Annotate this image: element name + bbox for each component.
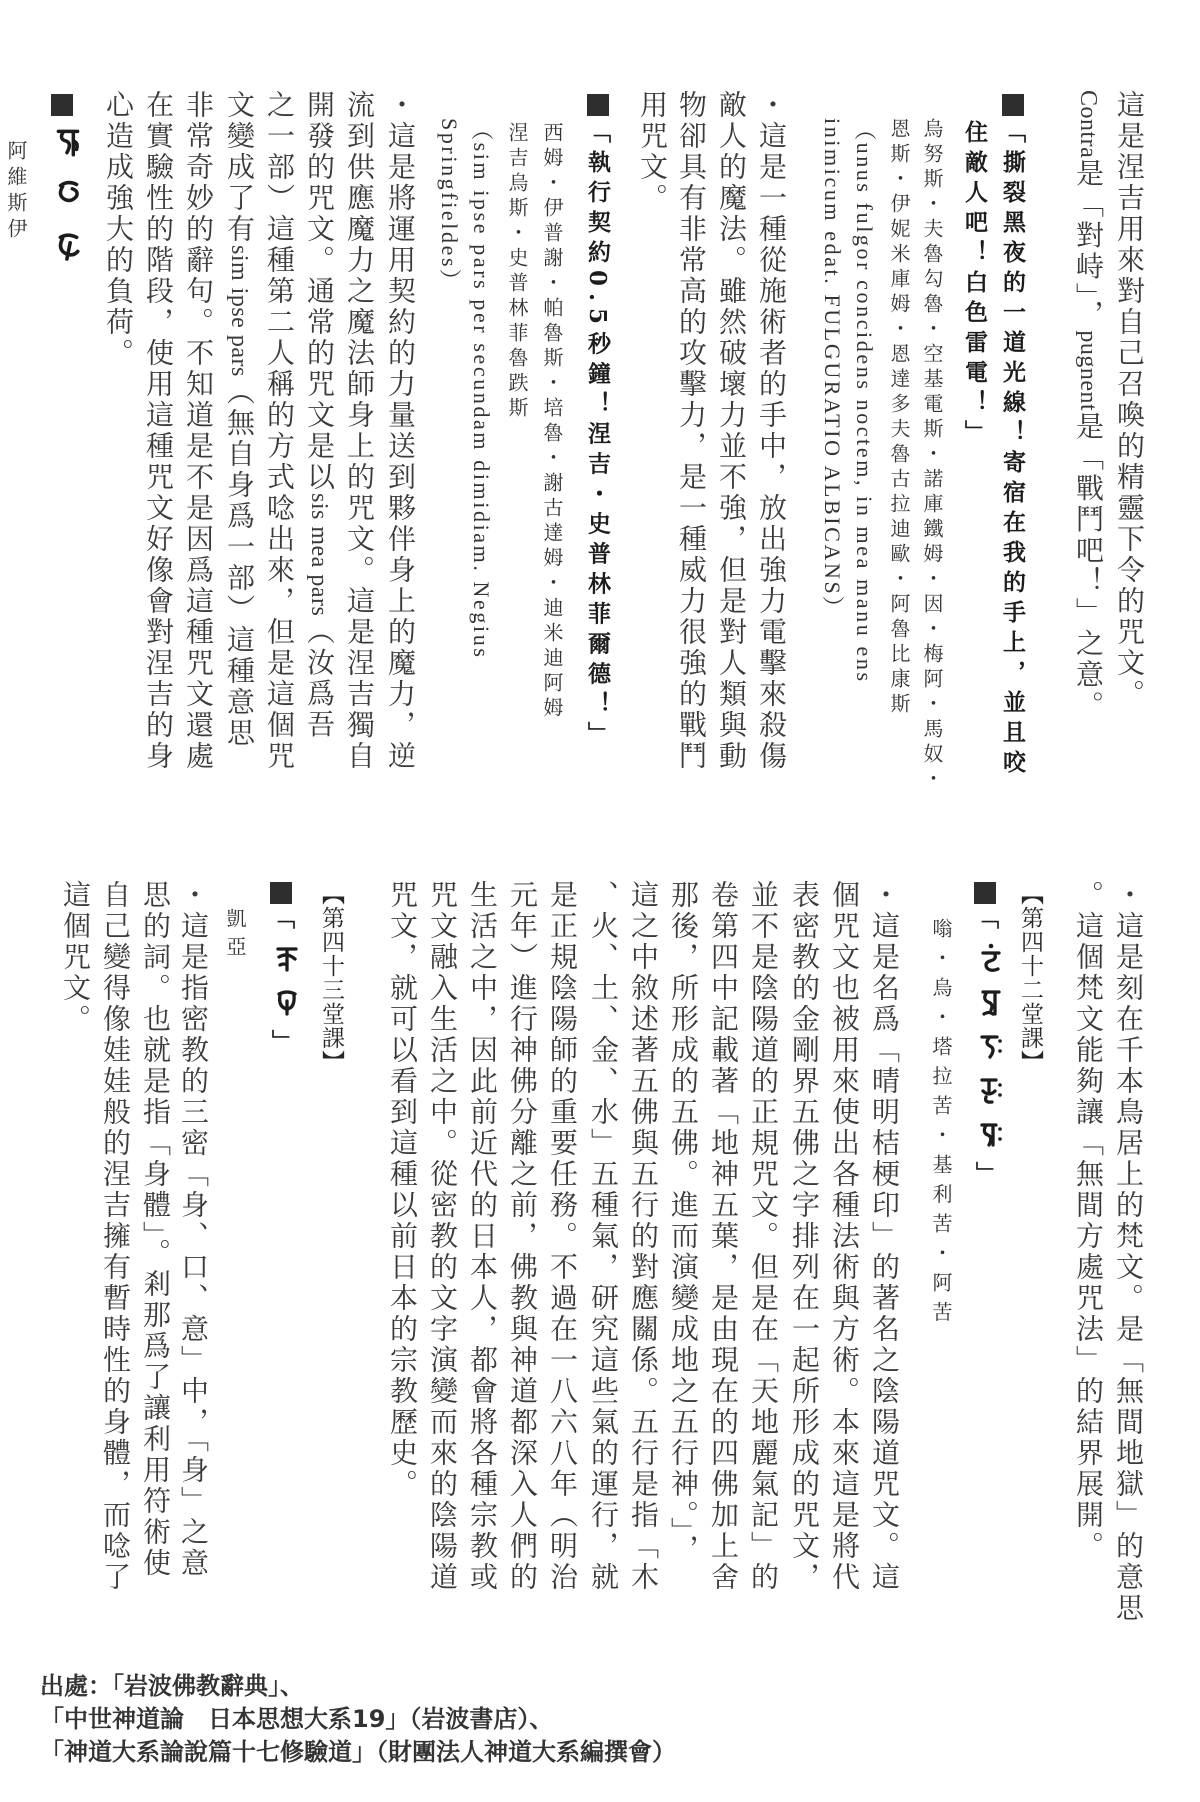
description-line: 思的詞。也就是指「身體」。剎那爲了讓利用符術使 bbox=[135, 880, 175, 1579]
siddham-vi-icon bbox=[55, 177, 81, 209]
lesson-43-title: 【第四十三堂課】 bbox=[313, 882, 349, 1074]
spell-latin-line: （unus fulgor concidens noctem, in mea ma… bbox=[847, 118, 881, 684]
description-line: 咒文，就可以看到這種以前日本的宗教歷史。 bbox=[382, 880, 422, 1500]
spell-heading-line: 「撕裂黑夜的一道光線！寄宿在我的手上，並且咬 bbox=[993, 120, 1031, 780]
intro-line-1: 這是涅吉用來對自己召喚的精靈下令的咒文。 bbox=[1109, 90, 1149, 710]
description-line: 文變成了有sim ipse pars（無自身爲一部）這種意思 bbox=[219, 90, 259, 749]
siddham-om-icon bbox=[979, 943, 1003, 973]
description-line: 之一部）這種第二人稱的方式唸出來，但是這個咒 bbox=[259, 90, 299, 772]
description-line: 。這個梵文能夠讓「無間方處咒法」的結界展開。 bbox=[1068, 880, 1108, 1562]
siddham-hrih-icon bbox=[979, 1075, 1003, 1105]
spell-transliteration-line: 恩斯・伊妮米庫姆・恩達多夫魯古拉迪歐・阿魯比康斯 bbox=[882, 118, 916, 718]
spell-transliteration-line: 阿維斯伊 bbox=[0, 140, 33, 244]
description-line: 自己變得像娃娃般的涅吉擁有暫時性的身體，而唸了 bbox=[95, 880, 135, 1593]
description-line: 這之中敘述著五佛與五行的對應關係。五行是指「木 bbox=[623, 880, 663, 1593]
siddham-ka-icon bbox=[275, 943, 299, 973]
spell-latin-line: （sim ipse pars per secundam dimidiam. Ne… bbox=[464, 118, 498, 660]
source-line: 「神道大系論說篇十七修驗道」（財團法人神道大系編撰會） bbox=[40, 1736, 676, 1769]
square-bullet-icon bbox=[270, 882, 292, 904]
open-bracket: 「 bbox=[972, 906, 999, 931]
spell-latin-line: inimicum edat. FULGURATIO ALBICANS） bbox=[815, 118, 849, 621]
description-line: 、火、土、金、水」五種氣，研究這些氣的運行，就 bbox=[583, 880, 623, 1593]
siddham-spell bbox=[43, 124, 81, 266]
description-line: 是正規陰陽師的重要任務。不過在一八六八年（明治 bbox=[542, 880, 582, 1593]
description-line: 元年）進行神佛分離之前，佛教與神道都深入人們的 bbox=[502, 880, 542, 1593]
spell-transliteration-line: 烏努斯・夫魯勾魯・空基電斯・諾庫鐵姆・因・梅阿・馬奴・ bbox=[915, 118, 949, 793]
square-bullet-icon bbox=[587, 94, 609, 116]
description-line: 卷第四中記載著「地神五葉，是由現在的四佛加上舍 bbox=[703, 880, 743, 1593]
square-bullet-icon bbox=[51, 94, 73, 116]
description-line: 咒文融入生活之中。從密教的文字演變而來的陰陽道 bbox=[422, 880, 462, 1593]
description-line: 物卻具有非常高的攻擊力，是一種威力很強的戰鬥 bbox=[671, 90, 711, 772]
siddham-spell: 「 」 bbox=[966, 906, 1004, 1186]
latin-term: sim ipse pars bbox=[226, 245, 252, 377]
description-line: 敵人的魔法。雖然破壞力並不強，但是對人類與動 bbox=[711, 90, 751, 772]
siddham-trah-icon bbox=[979, 1031, 1003, 1061]
description-line: 非常奇妙的辭句。不知道是不是因爲這種咒文還處 bbox=[178, 90, 218, 772]
source-line: 「中世神道論 日本思想大系19」（岩波書店）、 bbox=[40, 1703, 676, 1736]
siddham-ah-icon bbox=[979, 1119, 1003, 1149]
spell-transliteration-line: 凱亞 bbox=[218, 908, 252, 964]
siddham-si-icon bbox=[55, 228, 81, 264]
source-line: 出處：「岩波佛教辭典」、 bbox=[40, 1670, 676, 1703]
description-line: ・這是一種從施術者的手中，放出強力電擊來殺傷 bbox=[751, 90, 791, 772]
square-bullet-icon bbox=[974, 882, 996, 904]
description-line: 心造成強大的負荷。 bbox=[98, 90, 138, 369]
latin-term: sis mea pars bbox=[306, 493, 332, 616]
description-line: 在實驗性的階段，使用這種咒文好像會對涅吉的身 bbox=[138, 90, 178, 772]
description-line: ・這是將運用契約的力量送到夥伴身上的魔力，逆 bbox=[380, 90, 420, 772]
open-bracket: 「 bbox=[268, 906, 295, 931]
spell-latin-line: Springfieldes） bbox=[432, 118, 466, 294]
description-line: 流到供應魔力之魔法師身上的咒文。這是涅吉獨自 bbox=[339, 90, 379, 772]
description-line: 生活之中，因此前近代的日本人，都會將各種宗教或 bbox=[462, 880, 502, 1593]
lesson-42-title: 【第四十二堂課】 bbox=[1012, 882, 1048, 1074]
spell-transliteration-line: 西姆・伊普謝・帕魯斯・培魯・謝古達姆・迪米迪阿姆 bbox=[535, 122, 569, 722]
spell-transliteration-line: 嗡・烏・塔拉苦・基利苦・阿苦 bbox=[924, 918, 958, 1331]
siddham-a-icon bbox=[55, 126, 81, 158]
spell-heading-line: 「執行契約0.5秒鐘！涅吉・史普林菲爾德！」 bbox=[578, 120, 616, 751]
description-line: 表密教的金剛界五佛之字排列在一起所形成的咒文， bbox=[784, 880, 824, 1593]
intro-line-2: Contra是「對峙」，pugnent是「戰鬥吧！」之意。 bbox=[1068, 90, 1108, 721]
latin-term: Contra bbox=[1075, 90, 1101, 158]
latin-term: pugnent bbox=[1075, 330, 1101, 411]
close-bracket: 」 bbox=[972, 1161, 999, 1186]
description-line: 這個咒文。 bbox=[55, 880, 95, 1035]
sources-footer: 出處：「岩波佛教辭典」、 「中世神道論 日本思想大系19」（岩波書店）、 「神道… bbox=[40, 1670, 676, 1769]
square-bullet-icon bbox=[1002, 94, 1024, 116]
description-line: ・這是指密教的三密「身、口、意」中，「身」之意 bbox=[173, 880, 213, 1579]
description-line: 個咒文也被用來使出各種法術與方術。本來這是將代 bbox=[824, 880, 864, 1593]
siddham-ya-icon bbox=[275, 987, 299, 1017]
spell-heading-line: 住敵人吧！白色雷電！」 bbox=[955, 120, 993, 450]
description-line: 用咒文。 bbox=[632, 90, 672, 214]
siddham-hum-icon bbox=[979, 987, 1003, 1017]
spell-transliteration-line: 涅吉烏斯・史普林菲魯跌斯 bbox=[500, 122, 534, 422]
description-line: 並不是陰陽道的正規咒文。但是在「天地麗氣記」的 bbox=[743, 880, 783, 1593]
close-bracket: 」 bbox=[268, 1029, 295, 1054]
description-line: ・這是刻在千本鳥居上的梵文。是「無間地獄」的意思 bbox=[1108, 880, 1148, 1624]
description-line: 開發的咒文。通常的咒文是以sis mea pars（汝爲吾 bbox=[299, 90, 339, 740]
siddham-spell: 「 」 bbox=[262, 906, 300, 1054]
description-line: ・這是名爲「晴明桔梗印」的著名之陰陽道咒文。這 bbox=[864, 880, 904, 1593]
book-page: 這是涅吉用來對自己召喚的精靈下令的咒文。 Contra是「對峙」，pugnent… bbox=[0, 0, 1200, 1802]
description-line: 那後，所形成的五佛。進而演變成地之五行神。」， bbox=[663, 880, 703, 1565]
